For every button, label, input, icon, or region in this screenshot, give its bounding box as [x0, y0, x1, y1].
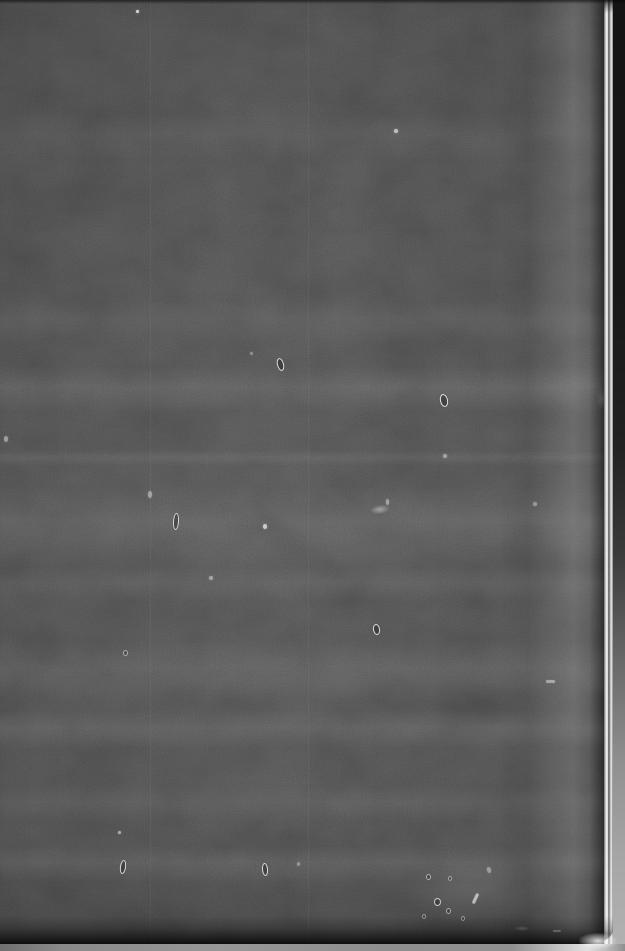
- page-edge-highlight-strip: [604, 0, 613, 951]
- right-gutter-shadow: [613, 0, 625, 951]
- scanned-page: [0, 0, 625, 951]
- scanner-bed-strip: [0, 944, 625, 951]
- page-surface: [0, 0, 625, 951]
